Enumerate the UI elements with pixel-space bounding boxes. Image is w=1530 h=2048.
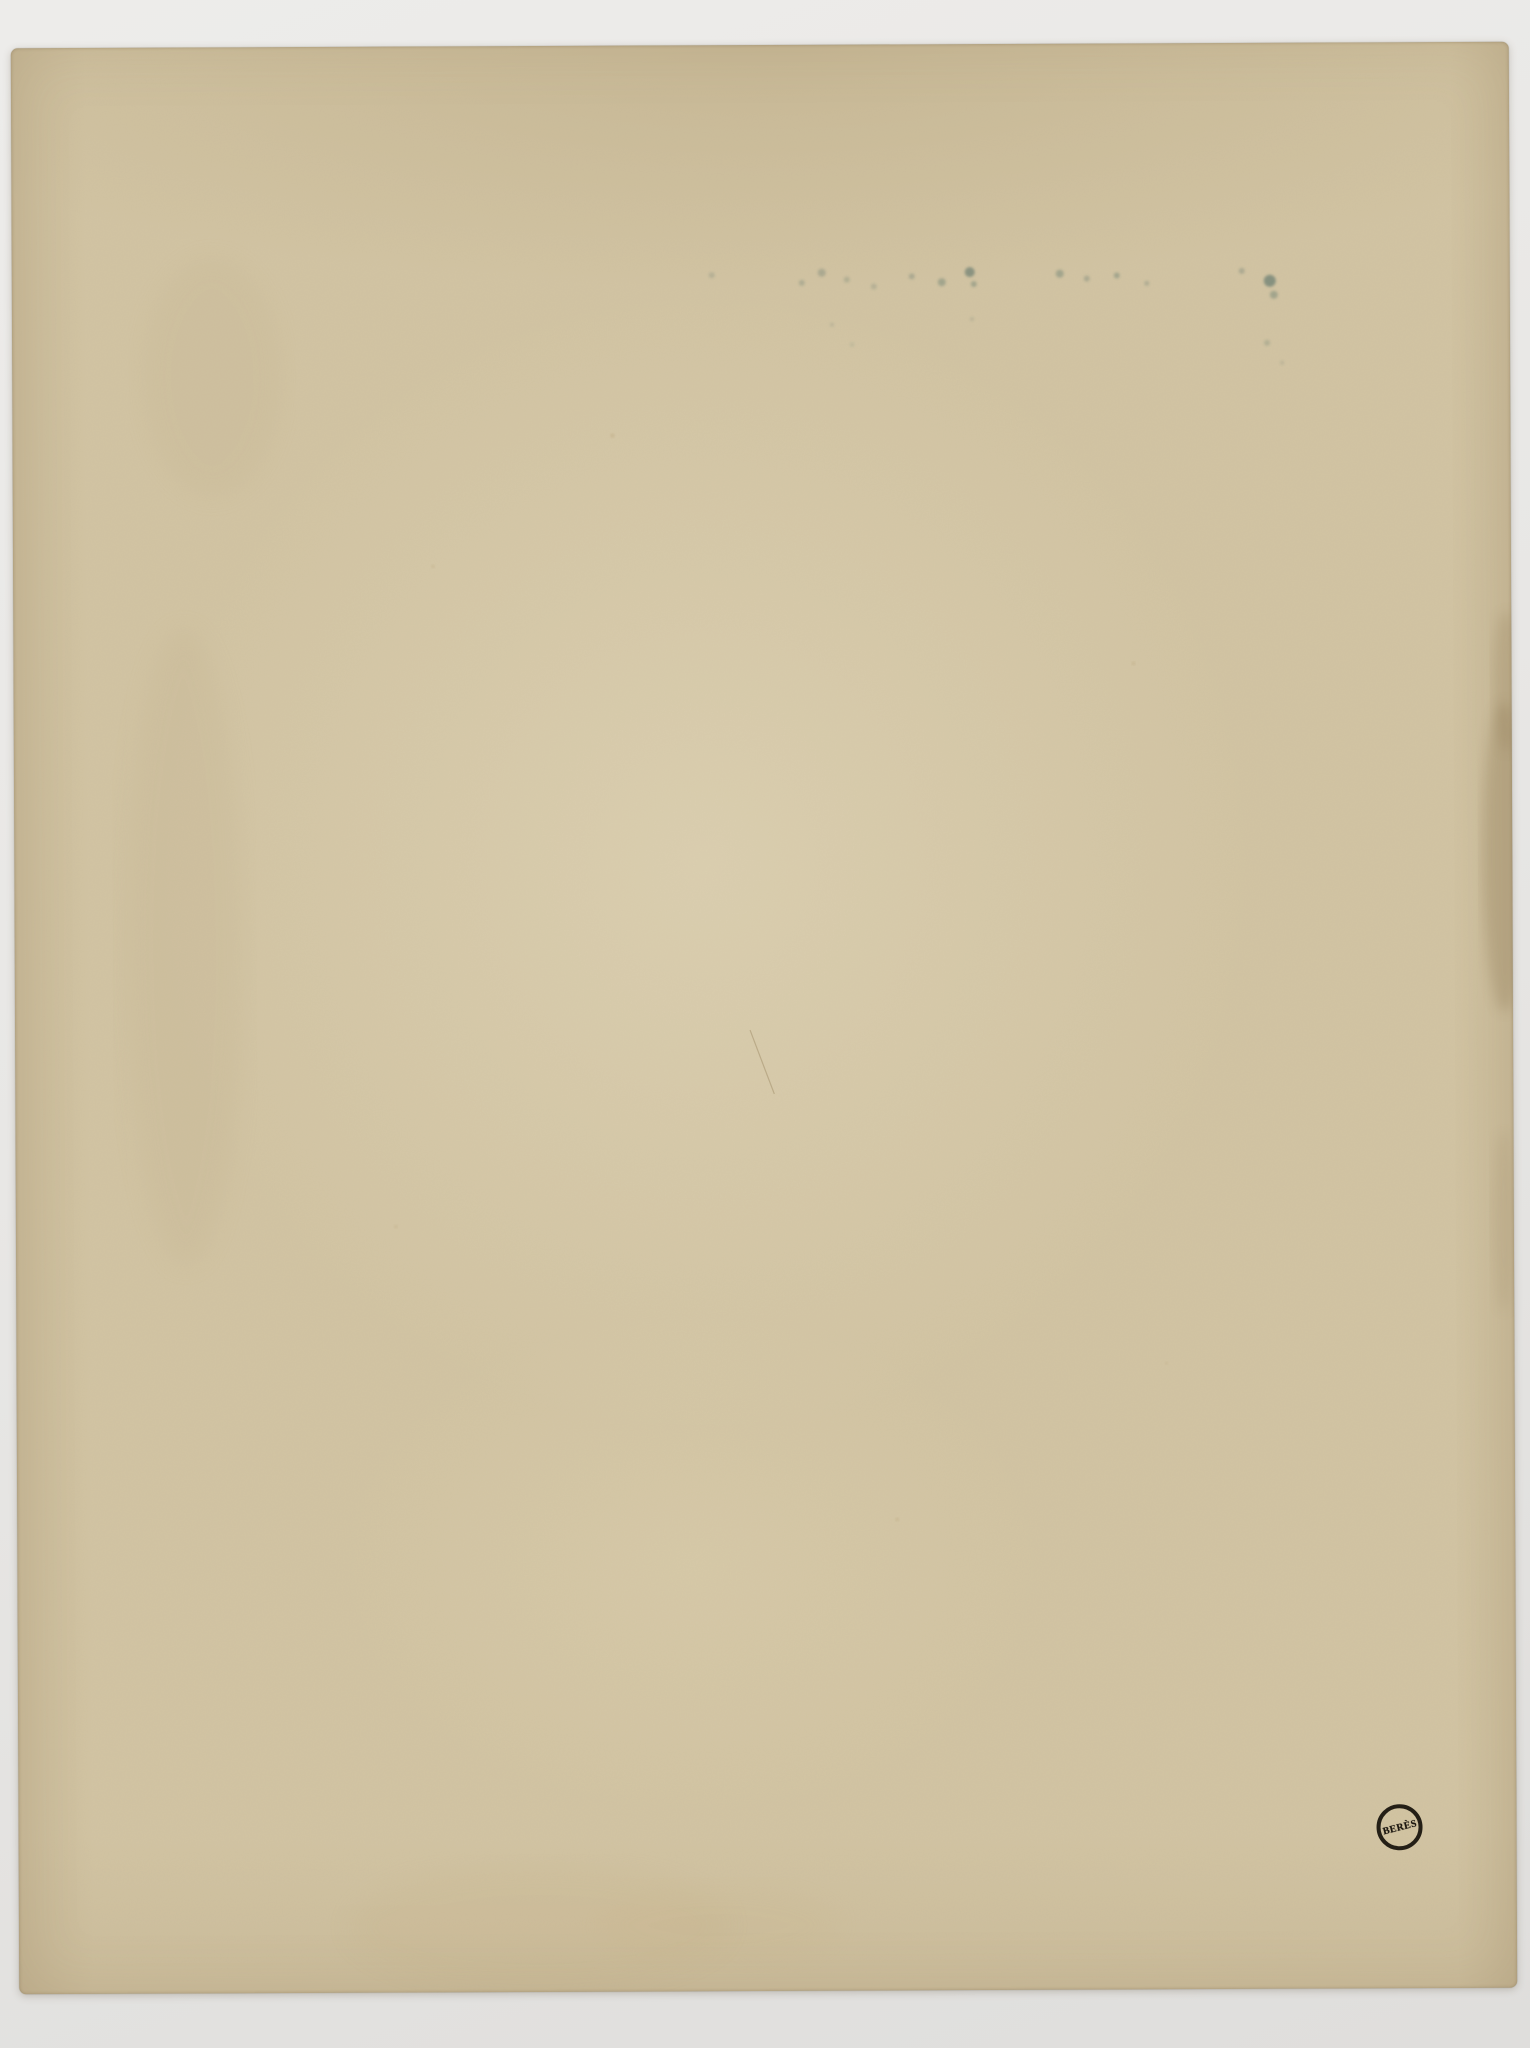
toning-patches	[122, 255, 840, 1988]
photo-backdrop: BERÈS	[0, 0, 1530, 2048]
collector-stamp-label: BERÈS	[1381, 1818, 1417, 1837]
fox-spots	[391, 431, 1169, 1524]
paper-texture-overlay	[11, 42, 1517, 1995]
collector-stamp: BERÈS	[1376, 1804, 1422, 1850]
paper-sheet-verso: BERÈS	[11, 42, 1517, 1995]
scratch-mark	[750, 1030, 774, 1094]
edge-soiling	[1481, 612, 1517, 1312]
ink-offset-marks	[709, 266, 1284, 368]
paper-grain-noise	[11, 42, 1517, 1995]
